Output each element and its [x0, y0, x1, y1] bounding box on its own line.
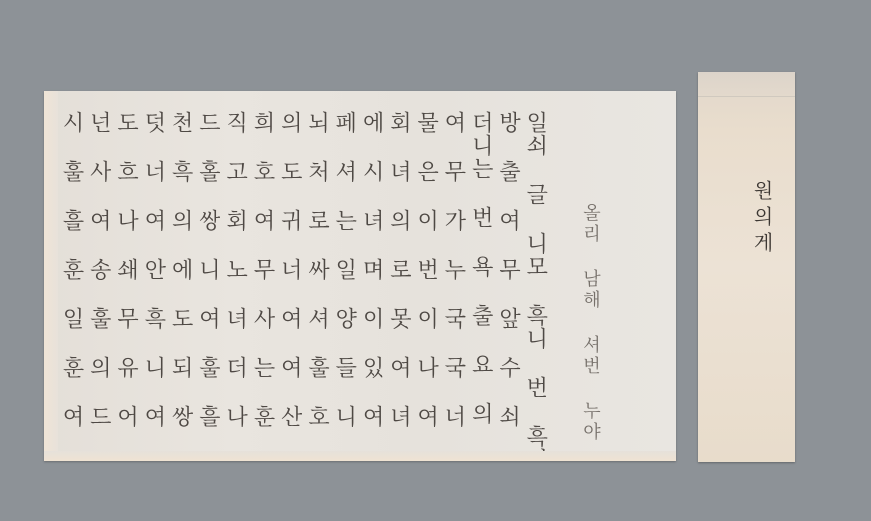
letter-column: 직 고 회 노 녀 더 나 흐 여 쇼 는 훌 안 고 쳐: [222, 111, 248, 451]
letter-sheet: 올리 남해 셔번 누야 일쇠 글 니모 흑니 번 흑너 신 모 방 출 여 무 …: [44, 91, 676, 461]
letter-column: 천 흑 의 에 도 되 쌍 의 도 쉬 여 흘 여 9: [167, 111, 193, 451]
letter-column: 에 시 녀 며 이 있 여 ─ 흑 쌍 역 니: [358, 111, 384, 451]
envelope-label: 원의게: [748, 180, 777, 258]
letter-column: 드 홀 쌍 니 여 훌 흘 이 쇄 수 출 훌 네: [194, 111, 220, 451]
letter-body: 일쇠 글 니모 흑니 번 흑너 신 모 방 출 여 무 앞 수 쇠 흑 너 출 …: [58, 111, 548, 451]
letter-column: 방 출 여 무 앞 수 쇠 흑 너 출 이 일 68: [495, 111, 521, 451]
letter-column: 회 녀 의 로 못 여 녀 흑 나 라 ─ 흐 더 로: [385, 111, 411, 451]
letter-column: 희 호 여 무 사 는 훈 쳔 은 너 게 여 여 니: [249, 111, 275, 451]
letter-column: 덧 너 여 안 흑 니 여 이 여 니 훌 은 홀 훌: [140, 111, 166, 451]
letter-column: 뇌 처 로 싸 셔 훌 호 흑 호 더 쳔 쳐 치: [304, 111, 330, 451]
letter-column: 도 흐 나 쇄 무 유 어 너 너 회 흐 나 흐 회: [113, 111, 139, 451]
letter-column: 시 훌 흘 훈 일 훈 여 넌 쇄 의 흐 로 훌: [58, 111, 84, 451]
letter-column: 더니는 번 욕 출 요 의 쇄 쇠 드 오 셔 회: [467, 111, 493, 451]
letter-column: 페 셔 는 일 양 들 니 여 산 유 훈 쌍 회: [331, 111, 357, 451]
letter-addressee-line: 올리 남해 셔번 누야: [577, 203, 603, 443]
letter-column: 물 은 이 번 이 나 여 안 가 녀 서 모 훈 더 산: [413, 111, 439, 451]
letter-column: 의 도 귀 너 여 여 산 고 의 닥 의 계: [276, 111, 302, 451]
letter-column: 일쇠 글 니모 흑니 번 흑너 신 모: [522, 111, 548, 451]
letter-column: 여 무 가 누 국 국 너 니 호 여 싸 산 항: [440, 111, 466, 451]
letter-column: 넌 사 여 송 훌 의 드 앞 여 훈 회 강 여 녀: [85, 111, 111, 451]
envelope: 원의게: [698, 72, 795, 462]
